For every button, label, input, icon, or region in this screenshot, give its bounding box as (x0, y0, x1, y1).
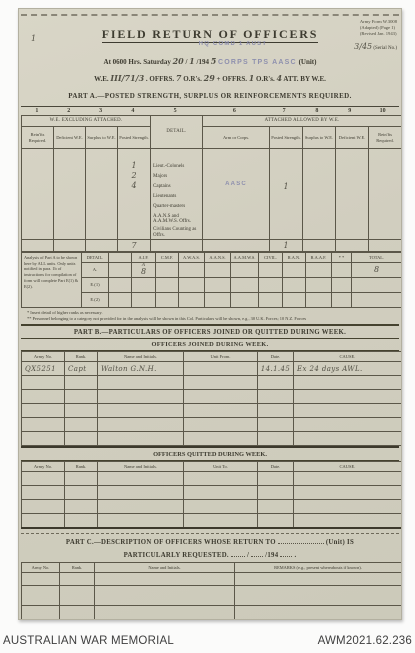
part-a-table: W.E. EXCLUDING ATTACHED. DETAIL. ATTACHE… (21, 115, 402, 252)
table-row (22, 432, 402, 446)
table-row (22, 586, 402, 606)
group-attached-allowed: ATTACHED ALLOWED BY W.E. (203, 116, 402, 127)
table-row (22, 514, 402, 528)
table-row (22, 472, 402, 486)
serial-number: 3/45 (Serial No.) (354, 42, 397, 51)
unit-stamp-line1: HQ COMD 1 AUST (199, 41, 268, 47)
part-b-title: PART B.—PARTICULARS OF OFFICERS JOINED O… (21, 325, 399, 339)
column-numbers: 1 2 3 4 5 6 7 8 9 10 (21, 106, 399, 115)
arm-corps-stamp: AASC (203, 181, 269, 187)
table-row (22, 418, 402, 432)
att-ors-value: 4 (276, 73, 282, 83)
unit-label: (Unit) (299, 58, 317, 66)
officers-quitted-title: OFFICERS QUITTED DURING WEEK. (21, 446, 399, 461)
analysis-note: Analysis of Part A to be shown here by A… (22, 252, 82, 307)
offrs-value: 7 (176, 73, 182, 83)
year-value: 5 (211, 56, 217, 66)
rank-detail-list: Lieut.-Colonels Majors Captains Lieutena… (151, 162, 202, 239)
analysis-table: Analysis of Part A to be shown here by A… (21, 252, 402, 308)
table-row (22, 404, 402, 418)
part-a-body-row: 1 2 4 Lieut.-Colonels Majors Captains Li… (22, 149, 402, 240)
detail-header: DETAIL. (151, 116, 203, 149)
entry-name: Walton G.N.H. (101, 365, 157, 373)
day-value: 20 (173, 56, 184, 66)
analysis-footnotes: * Insert detail of higher ranks as neces… (21, 308, 399, 325)
officers-joined-title: OFFICERS JOINED DURING WEEK. (21, 339, 399, 351)
table-row (22, 486, 402, 500)
month-value: 1 (189, 56, 195, 66)
ors-value: 29 (204, 73, 215, 83)
we-value: III/71/3 (110, 73, 144, 83)
total-count: 8 (374, 265, 379, 274)
officers-quitted-table: Army No. Rank. Name and Initials. Unit T… (21, 461, 402, 529)
unit-stamp-line2: CORPS TPS AASC (218, 59, 297, 66)
aif-count: 8 (132, 268, 155, 276)
form-scan: Army Form W.3008 (Adapted) (Page 1) (Rev… (18, 8, 402, 620)
part-a-total-row: 7 1 (22, 239, 402, 251)
total-attached-posted: 1 (284, 241, 289, 250)
form-header: Army Form W.3008 (Adapted) (Page 1) (Rev… (21, 16, 399, 106)
officers-joined-table: Army No. Rank. Name and Initials. Unit F… (21, 351, 402, 446)
awm-caption-bar: AUSTRALIAN WAR MEMORIAL AWM2021.62.236 (3, 635, 412, 647)
posted-strength-values: 1 2 4 (118, 161, 150, 191)
table-row (22, 500, 402, 514)
dashed-separator (21, 533, 399, 534)
part-c-table: Army No. Rank. Name and Initials. REMARK… (21, 562, 402, 620)
entry-date: 14.1.45 (261, 365, 291, 373)
table-row (22, 390, 402, 404)
caption-institution: AUSTRALIAN WAR MEMORIAL (3, 635, 174, 647)
att-offrs-value: 1 (249, 73, 255, 83)
serial-value: 3/45 (354, 42, 372, 51)
table-row (22, 573, 402, 586)
group-we-excluding: W.E. EXCLUDING ATTACHED. (22, 116, 151, 127)
unit-blank (278, 538, 324, 544)
joined-entry-row: QX5251 Capt Walton G.N.H. 14.1.45 Ex 24 … (22, 362, 402, 376)
caption-accession-number: AWM2021.62.236 (318, 635, 412, 647)
footnote-2: ** Personnel belonging to a category not… (27, 316, 395, 322)
entry-army-no: QX5251 (25, 365, 56, 373)
entry-cause: Ex 24 days AWL. (297, 365, 363, 373)
total-posted: 7 (131, 241, 136, 250)
attached-posted-value: 1 (270, 182, 302, 191)
we-line: W.E. III/71/3 . OFFRS. 7 O.R's. 29 + OFF… (21, 73, 399, 83)
form-title: FIELD RETURN OF OFFICERS (21, 27, 399, 42)
entry-rank: Capt (68, 365, 86, 373)
part-c-title: PART C.—DESCRIPTION OF OFFICERS WHOSE RE… (21, 537, 399, 563)
table-row (22, 606, 402, 620)
date-line: At 0600 Hrs. Saturday 20 / 1 /194 5 CORP… (21, 56, 399, 66)
table-row (22, 376, 402, 390)
part-a-title: PART A.—POSTED STRENGTH, SURPLUS OR REIN… (21, 92, 399, 100)
serial-label: (Serial No.) (373, 46, 397, 51)
